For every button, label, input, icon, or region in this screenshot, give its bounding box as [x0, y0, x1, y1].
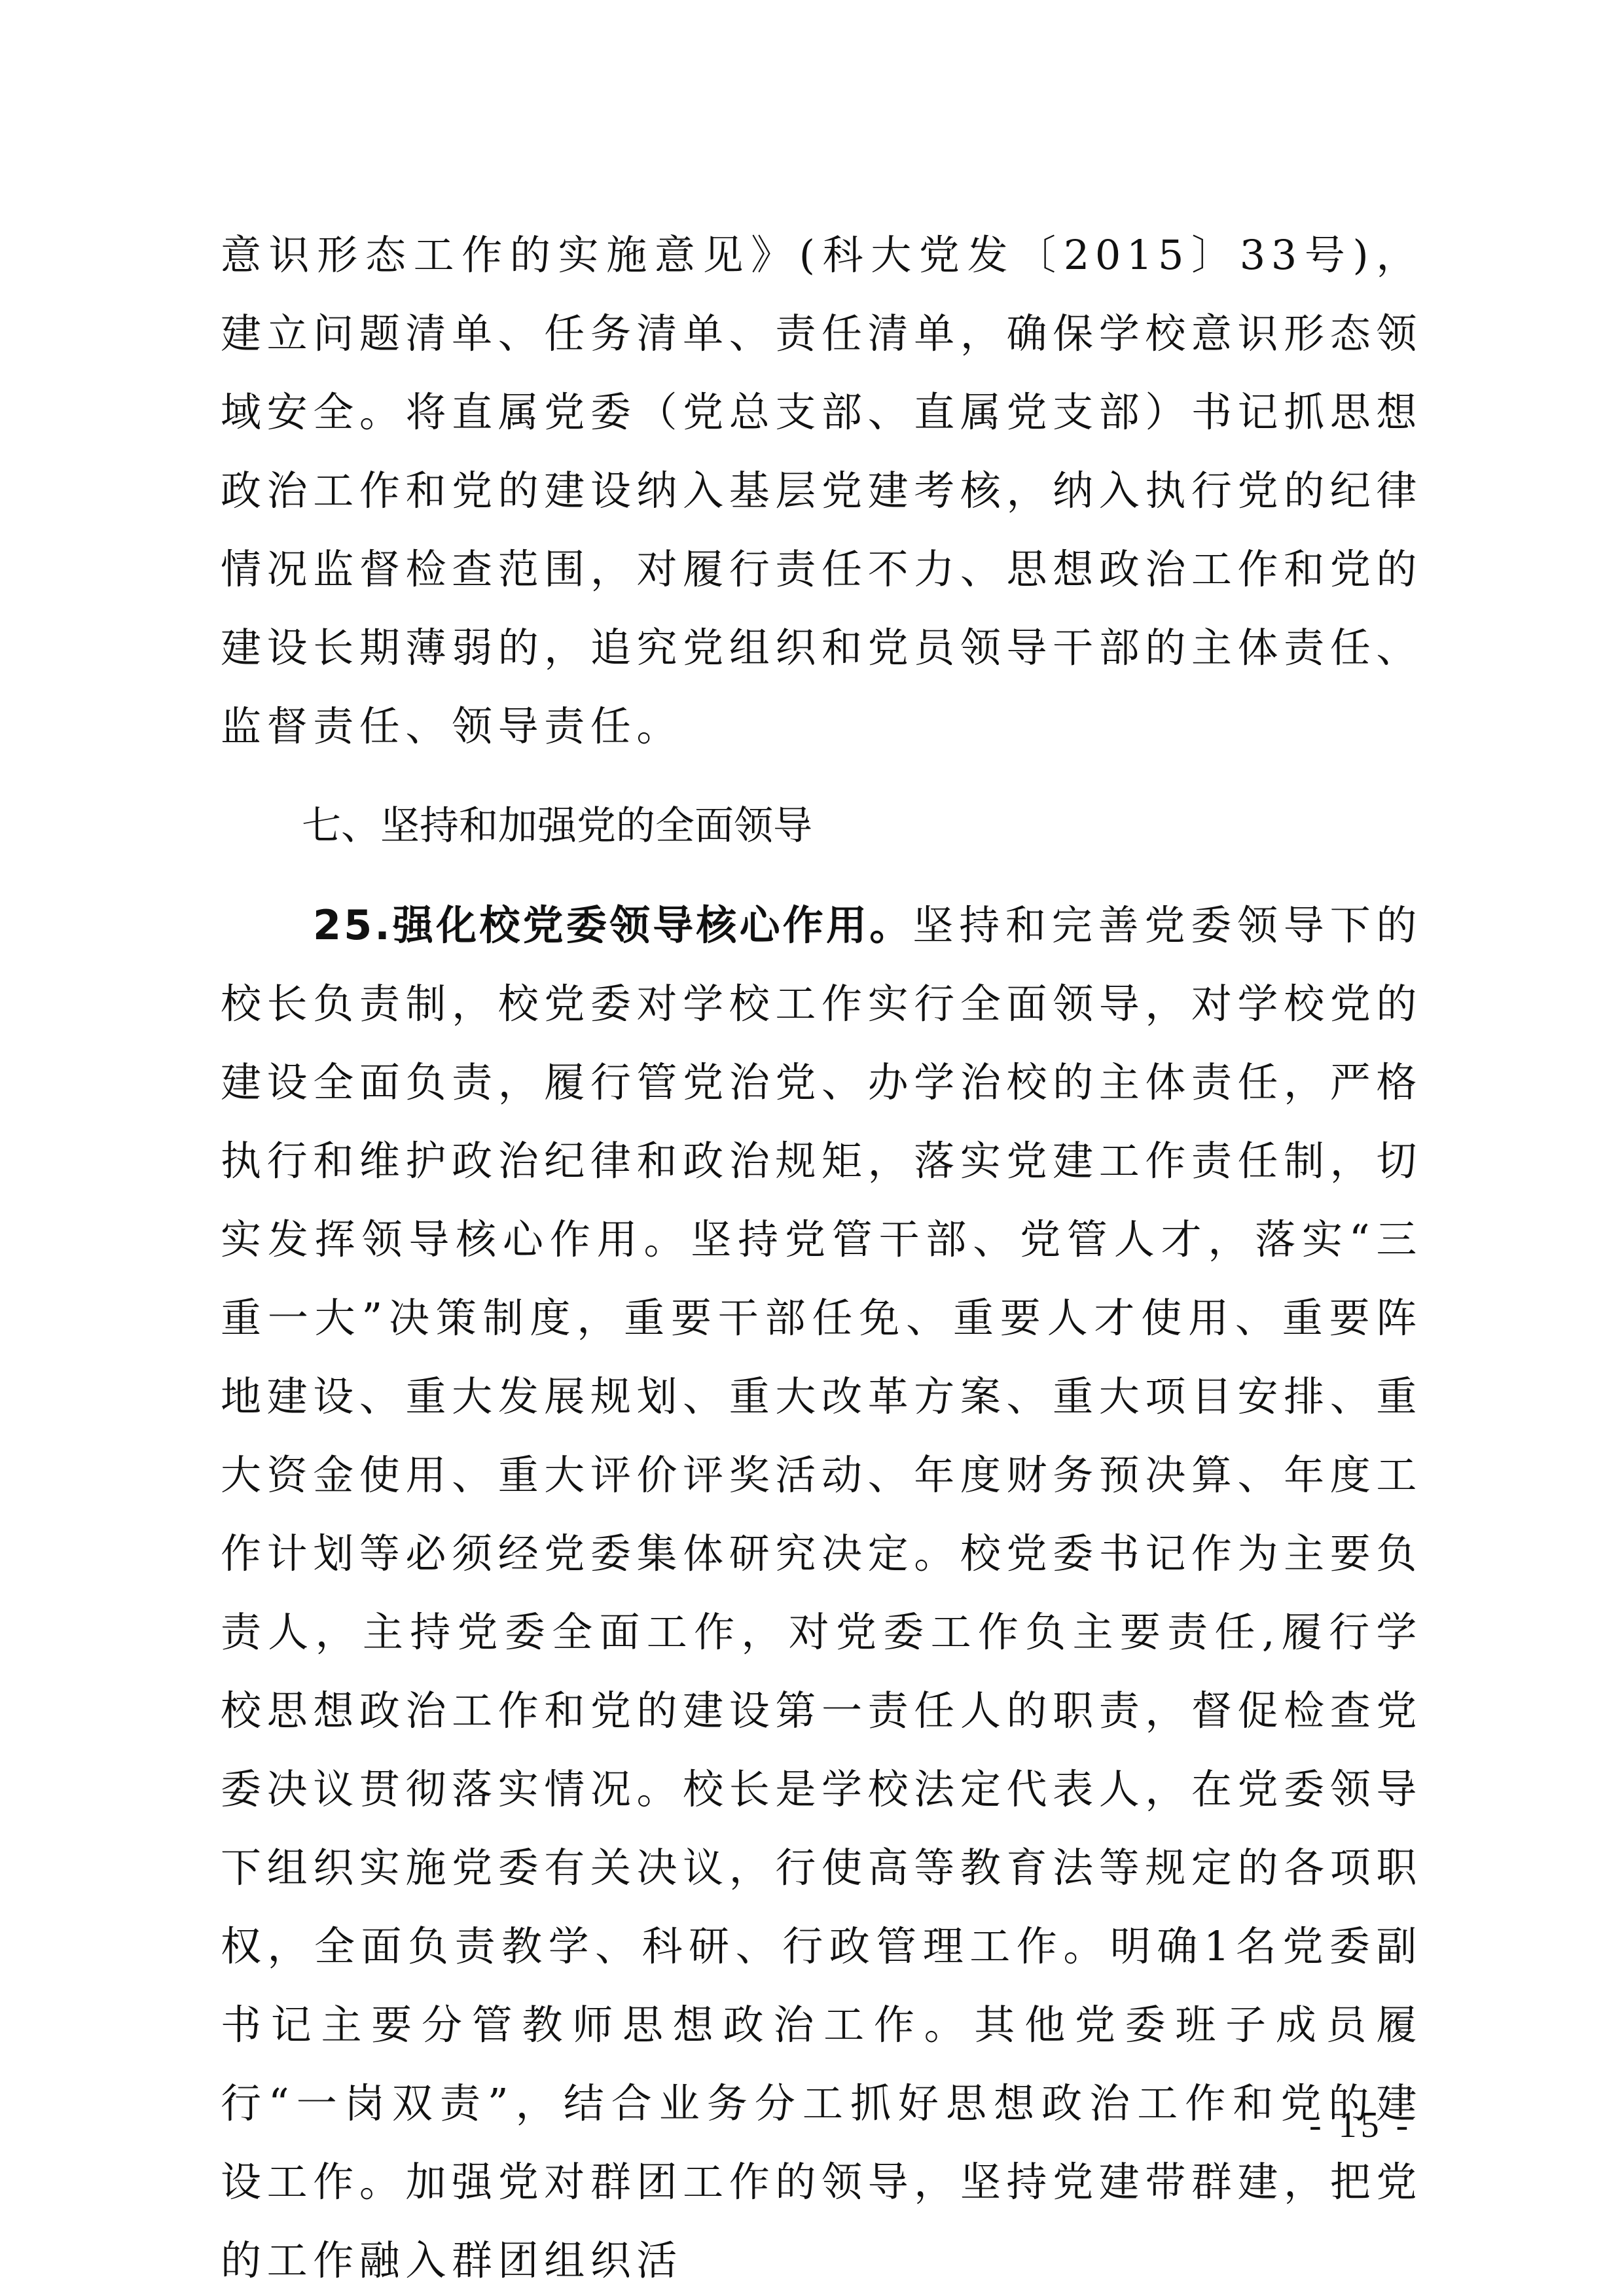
section-heading: 七、坚持和加强党的全面领导: [221, 780, 1422, 872]
item-25-body: 坚持和完善党委领导下的校长负责制，校党委对学校工作实行全面领导，对学校党的建设全…: [221, 901, 1422, 2284]
document-page: 意识形态工作的实施意见》(科大党发〔2015〕33号)，建立问题清单、任务清单、…: [221, 216, 1422, 2296]
continuation-paragraph: 意识形态工作的实施意见》(科大党发〔2015〕33号)，建立问题清单、任务清单、…: [221, 216, 1422, 766]
item-25-lead: 25.强化校党委领导核心作用。: [313, 901, 912, 949]
page-number: - 15 -: [1309, 2104, 1412, 2146]
item-25-paragraph: 25.强化校党委领导核心作用。坚持和完善党委领导下的校长负责制，校党委对学校工作…: [221, 886, 1422, 2296]
